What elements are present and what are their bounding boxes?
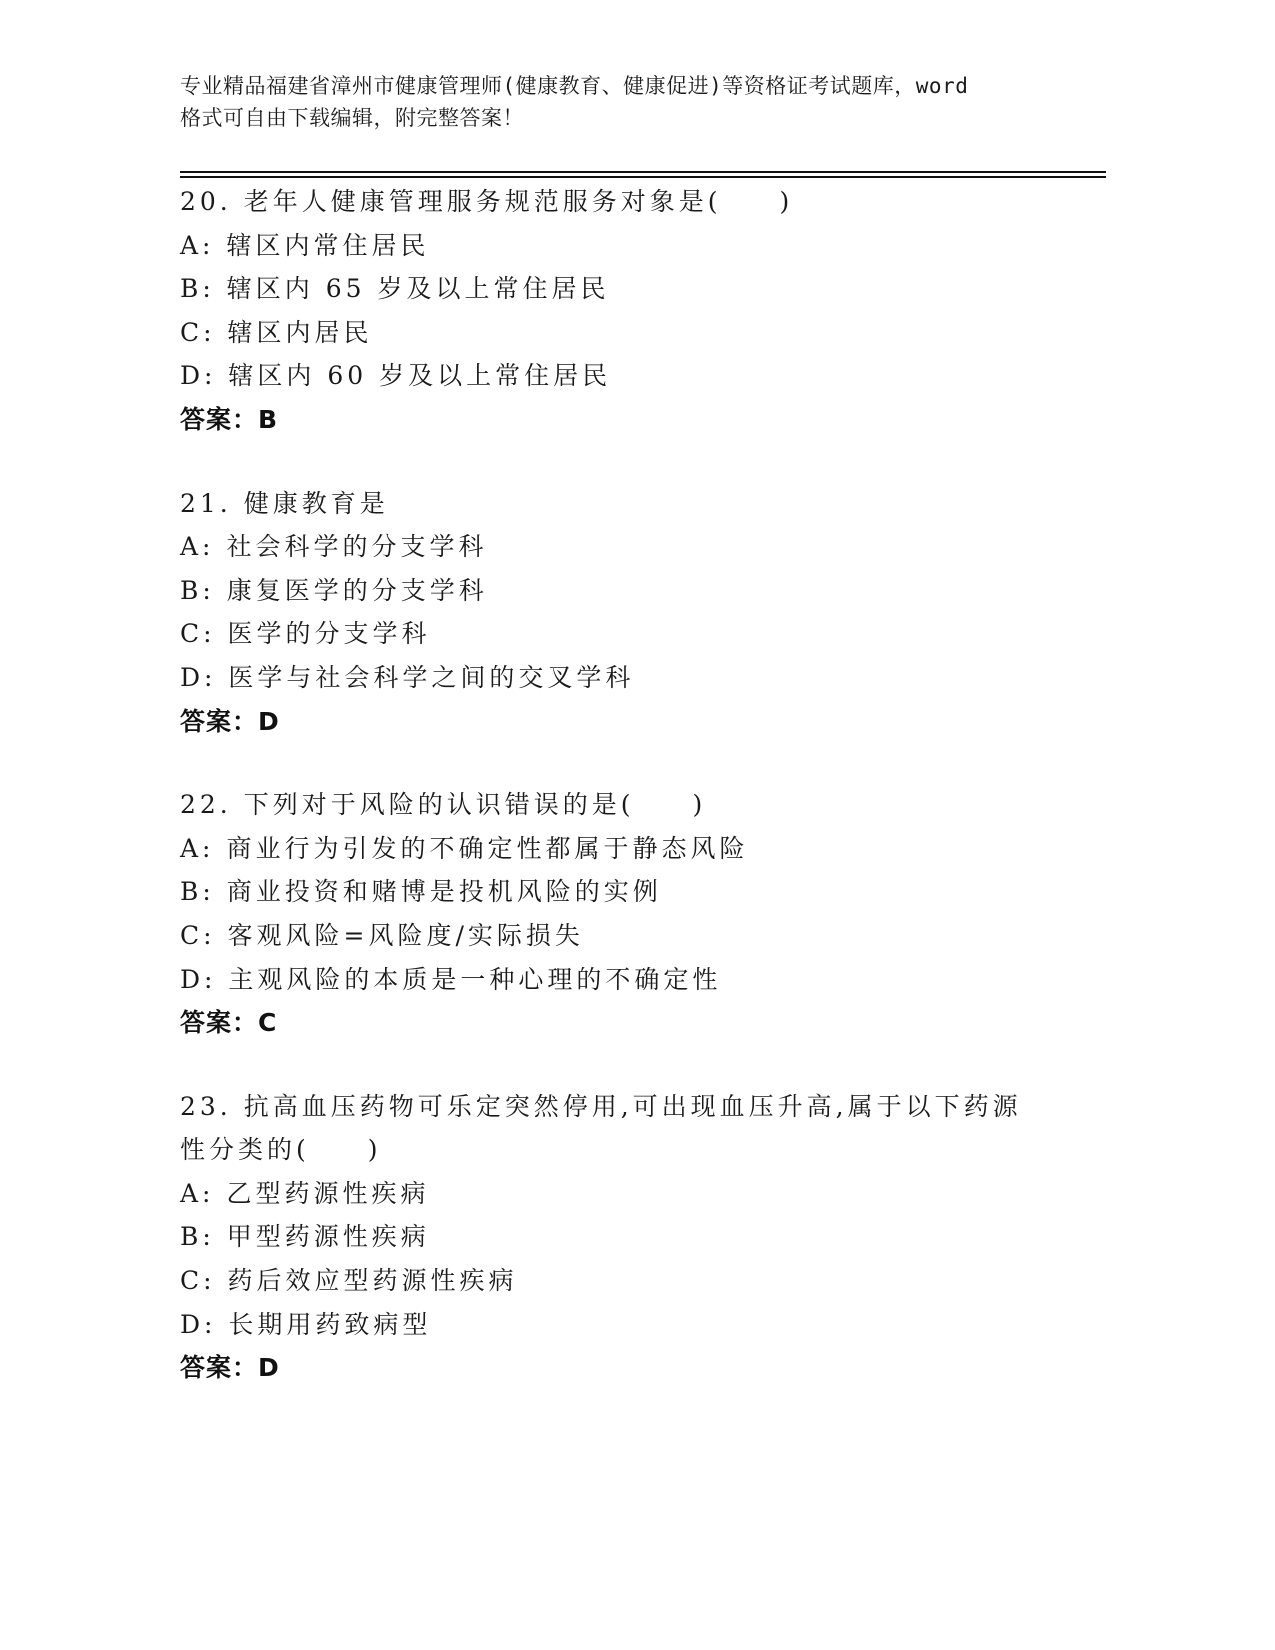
option-text: 医学与社会科学之间的交叉学科	[228, 663, 634, 692]
question-number: 22.	[180, 790, 232, 819]
answer: 答案：D	[180, 1346, 1100, 1390]
option-text: 甲型药源性疾病	[227, 1222, 430, 1251]
option-c: C: 客观风险=风险度/实际损失	[180, 914, 1100, 958]
question-number: 20.	[180, 187, 232, 216]
question-number: 21.	[180, 489, 232, 518]
answer: 答案：B	[180, 398, 1100, 442]
option-d: D: 主观风险的本质是一种心理的不确定性	[180, 958, 1100, 1002]
option-a: A: 辖区内常住居民	[180, 224, 1100, 268]
option-a: A: 商业行为引发的不确定性都属于静态风险	[180, 827, 1100, 871]
header-line-2: 格式可自由下载编辑，附完整答案！	[180, 102, 1080, 134]
option-d: D: 辖区内 60 岁及以上常住居民	[180, 354, 1100, 398]
option-text: 辖区内 60 岁及以上常住居民	[228, 361, 611, 390]
question-21: 21. 健康教育是 A: 社会科学的分支学科 B: 康复医学的分支学科 C: 医…	[180, 482, 1100, 744]
option-label: A:	[180, 834, 214, 863]
option-label: B:	[180, 576, 215, 605]
question-23: 23. 抗高血压药物可乐定突然停用,可出现血压升高,属于以下药源性分类的( ) …	[180, 1085, 1100, 1390]
option-d: D: 医学与社会科学之间的交叉学科	[180, 656, 1100, 700]
option-text: 辖区内 65 岁及以上常住居民	[227, 274, 610, 303]
option-label: B:	[180, 1222, 215, 1251]
header-line-1: 专业精品福建省漳州市健康管理师(健康教育、健康促进)等资格证考试题库，word	[180, 70, 1080, 102]
option-label: C:	[180, 1266, 216, 1295]
option-text: 医学的分支学科	[228, 619, 431, 648]
option-label: D:	[180, 361, 216, 390]
option-label: D:	[180, 663, 216, 692]
option-text: 辖区内常住居民	[226, 231, 429, 260]
option-label: C:	[180, 921, 216, 950]
question-stem: 23. 抗高血压药物可乐定突然停用,可出现血压升高,属于以下药源性分类的( )	[180, 1085, 1040, 1172]
question-text: 抗高血压药物可乐定突然停用,可出现血压升高,属于以下药源性分类的( )	[180, 1092, 1022, 1165]
option-label: D:	[180, 965, 216, 994]
question-stem: 22. 下列对于风险的认识错误的是( )	[180, 783, 1100, 827]
answer: 答案：C	[180, 1001, 1100, 1045]
option-label: A:	[180, 1179, 214, 1208]
option-d: D: 长期用药致病型	[180, 1303, 1100, 1347]
question-text: 健康教育是	[244, 489, 389, 518]
question-list: 20. 老年人健康管理服务规范服务对象是( ) A: 辖区内常住居民 B: 辖区…	[180, 180, 1100, 1430]
option-label: B:	[180, 274, 215, 303]
option-label: C:	[180, 619, 216, 648]
option-text: 客观风险=风险度/实际损失	[228, 921, 584, 950]
option-text: 主观风险的本质是一种心理的不确定性	[228, 965, 721, 994]
option-text: 商业行为引发的不确定性都属于静态风险	[226, 834, 748, 863]
option-b: B: 商业投资和赌博是投机风险的实例	[180, 870, 1100, 914]
header-divider-top	[180, 171, 1106, 173]
question-number: 23.	[180, 1092, 232, 1121]
question-stem: 21. 健康教育是	[180, 482, 1100, 526]
option-c: C: 药后效应型药源性疾病	[180, 1259, 1100, 1303]
question-20: 20. 老年人健康管理服务规范服务对象是( ) A: 辖区内常住居民 B: 辖区…	[180, 180, 1100, 442]
option-text: 药后效应型药源性疾病	[228, 1266, 518, 1295]
option-label: A:	[180, 532, 214, 561]
header-divider-bottom	[180, 176, 1106, 178]
option-a: A: 社会科学的分支学科	[180, 525, 1100, 569]
option-text: 长期用药致病型	[228, 1310, 431, 1339]
answer: 答案：D	[180, 700, 1100, 744]
option-label: A:	[180, 231, 214, 260]
option-label: B:	[180, 877, 215, 906]
question-text: 下列对于风险的认识错误的是( )	[244, 790, 707, 819]
option-text: 康复医学的分支学科	[227, 576, 488, 605]
option-a: A: 乙型药源性疾病	[180, 1172, 1100, 1216]
option-b: B: 辖区内 65 岁及以上常住居民	[180, 267, 1100, 311]
option-c: C: 医学的分支学科	[180, 612, 1100, 656]
option-text: 辖区内居民	[228, 318, 373, 347]
option-label: D:	[180, 1310, 216, 1339]
option-text: 社会科学的分支学科	[226, 532, 487, 561]
option-c: C: 辖区内居民	[180, 311, 1100, 355]
question-text: 老年人健康管理服务规范服务对象是( )	[244, 187, 794, 216]
option-text: 商业投资和赌博是投机风险的实例	[227, 877, 662, 906]
option-b: B: 康复医学的分支学科	[180, 569, 1100, 613]
option-text: 乙型药源性疾病	[226, 1179, 429, 1208]
question-22: 22. 下列对于风险的认识错误的是( ) A: 商业行为引发的不确定性都属于静态…	[180, 783, 1100, 1045]
question-stem: 20. 老年人健康管理服务规范服务对象是( )	[180, 180, 1100, 224]
document-header: 专业精品福建省漳州市健康管理师(健康教育、健康促进)等资格证考试题库，word …	[180, 70, 1080, 134]
option-label: C:	[180, 318, 216, 347]
option-b: B: 甲型药源性疾病	[180, 1215, 1100, 1259]
